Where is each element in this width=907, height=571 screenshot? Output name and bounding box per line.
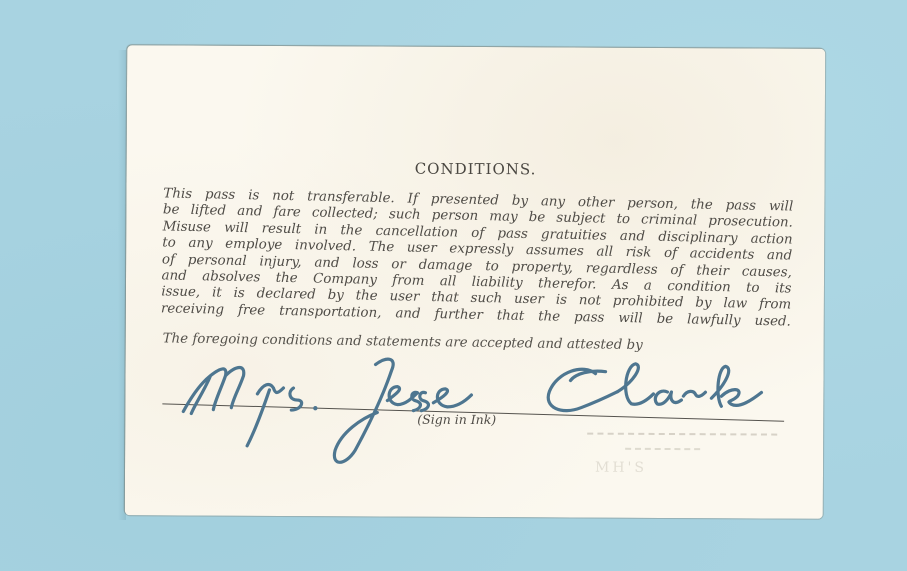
conditions-heading: CONDITIONS. <box>127 158 825 180</box>
attestation-text: The foregoing conditions and statements … <box>163 331 643 353</box>
faded-stamp-text: MH'S <box>595 460 647 476</box>
faded-dashed-line <box>625 448 700 450</box>
pass-card-back: CONDITIONS. This pass is not transferabl… <box>125 45 825 519</box>
sign-in-ink-caption: (Sign in Ink) <box>417 412 496 427</box>
conditions-text: This pass is not transferable. If presen… <box>161 186 794 330</box>
